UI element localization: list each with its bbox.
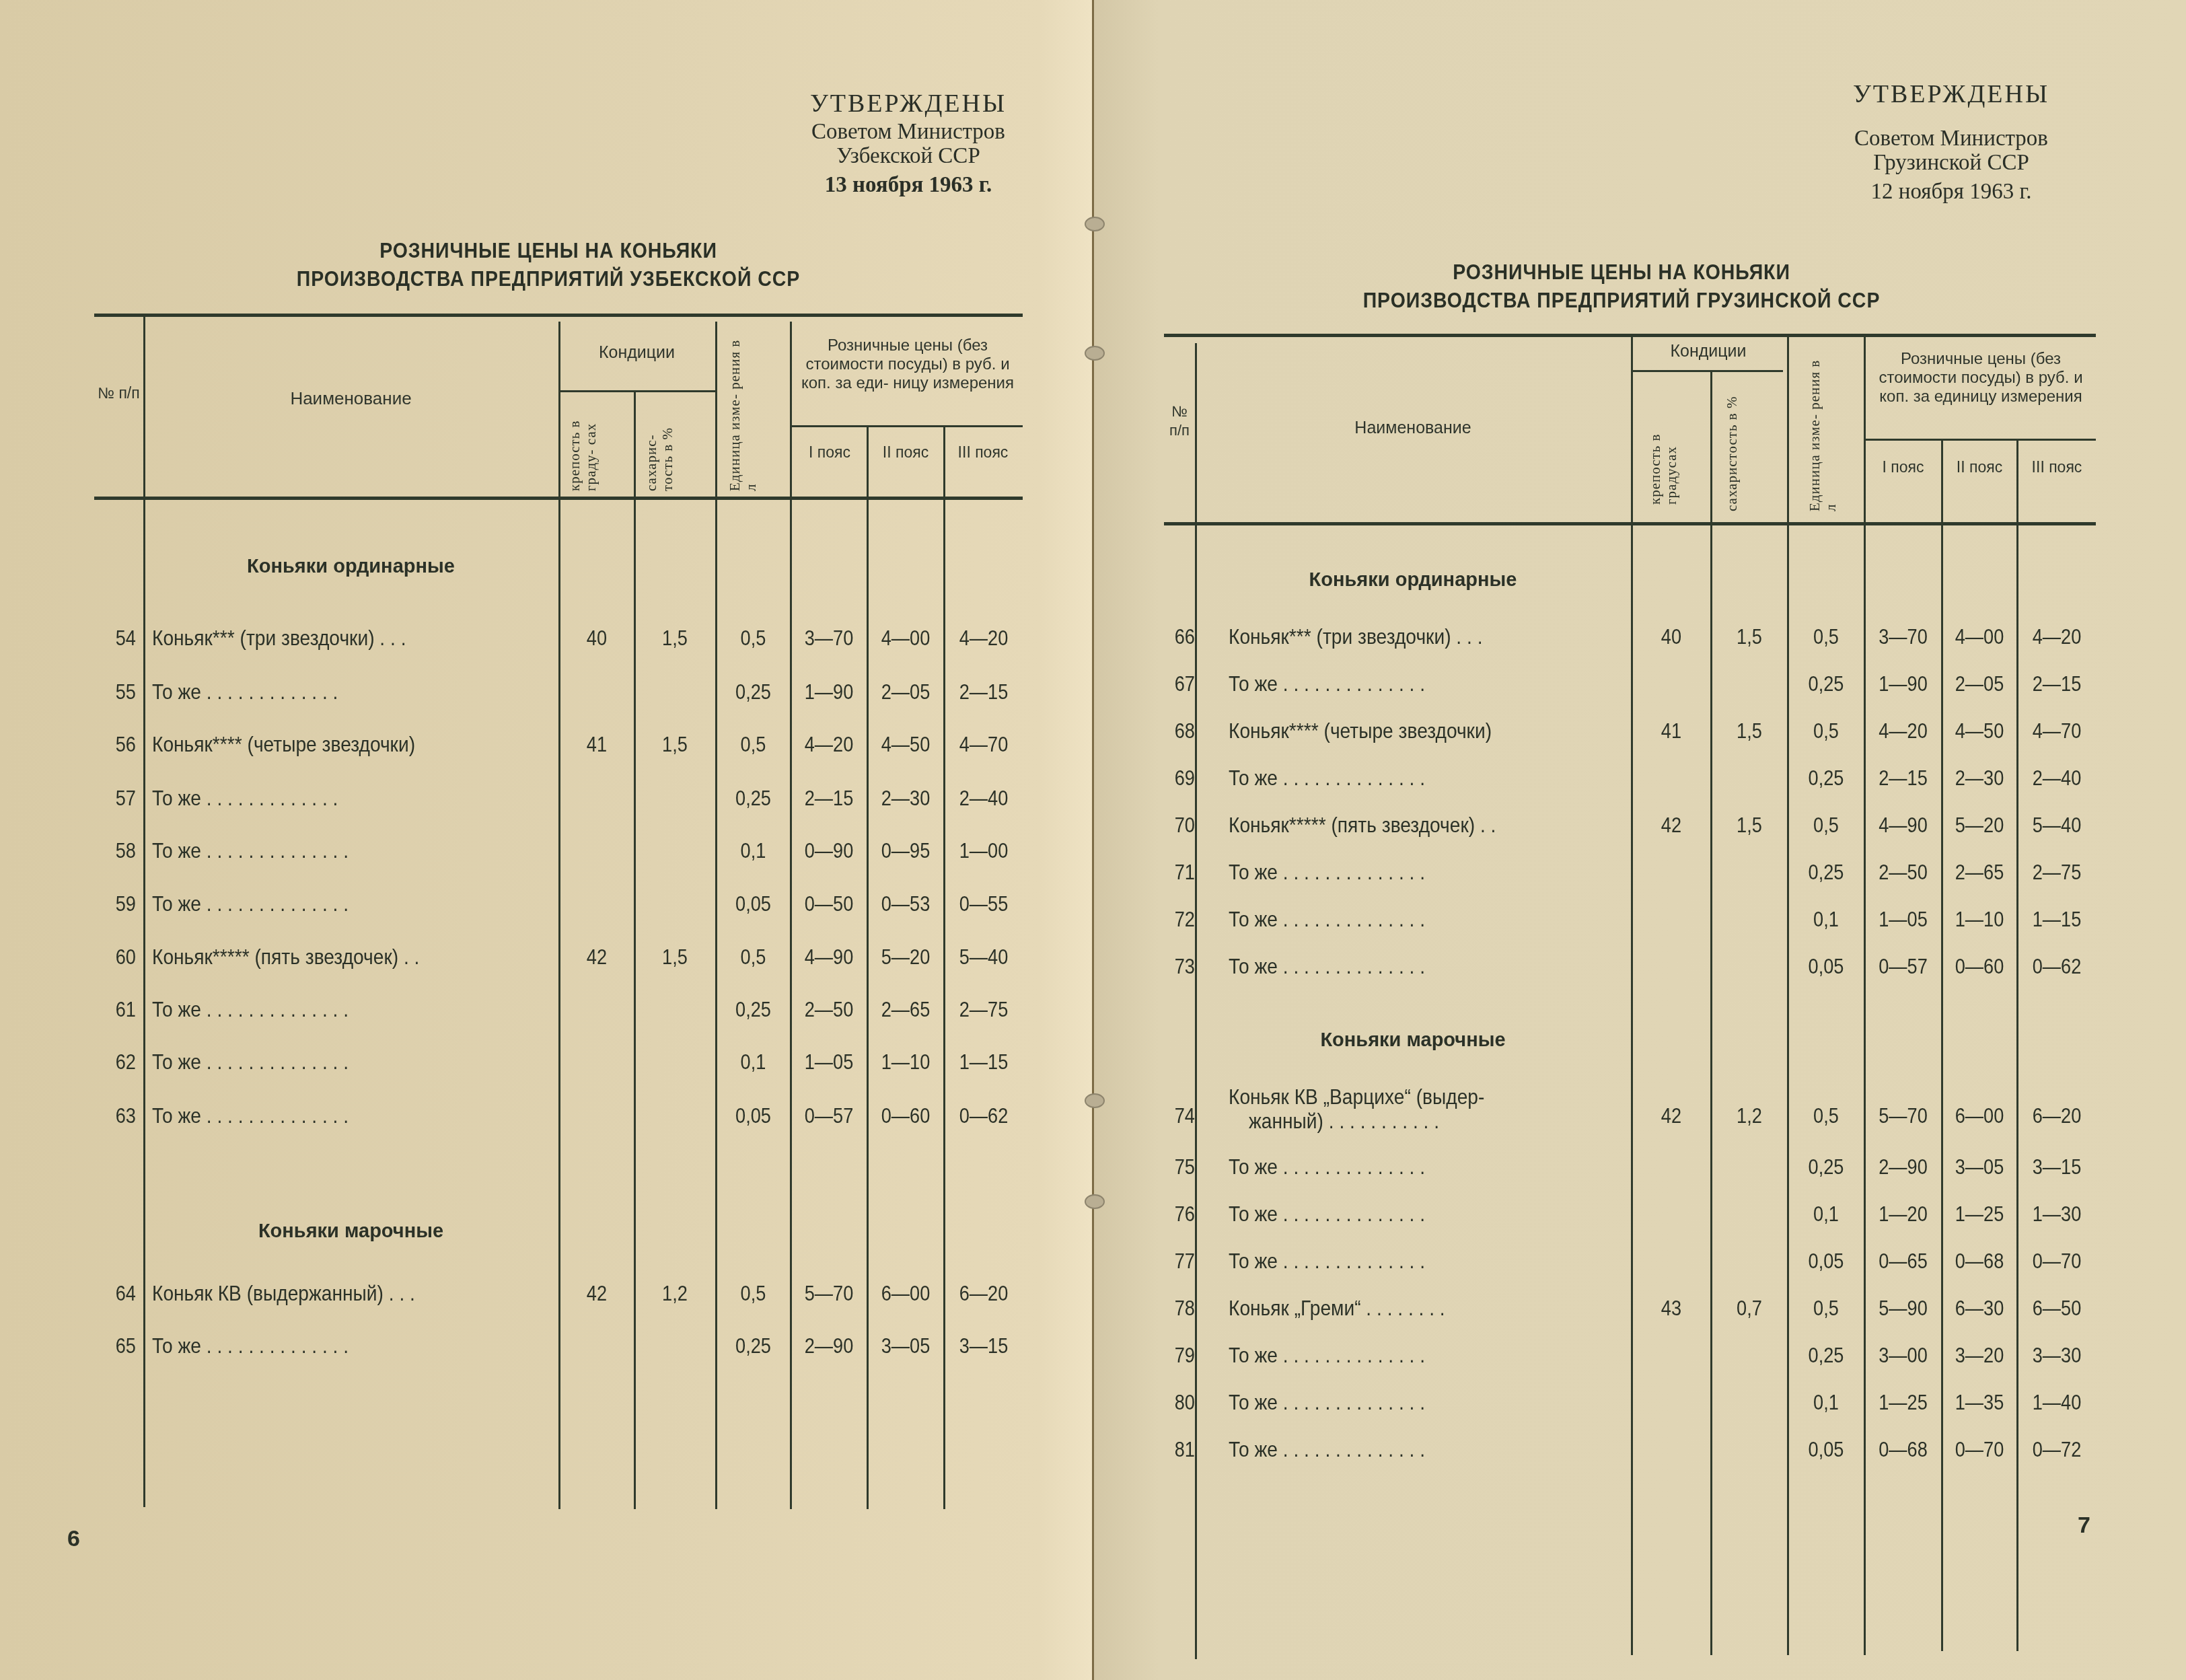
header-bottom-rule — [1164, 522, 2096, 525]
header-prices: Розничные цены (без стоимости посуды) в … — [1867, 350, 2094, 406]
column-divider — [1941, 440, 1943, 1651]
row-unit: 0,25 — [722, 786, 785, 810]
header-sugar: сахарис- тость в % — [643, 397, 676, 491]
row-price-zone-3: 4—70 — [951, 732, 1017, 756]
row-price-zone-2: 4—00 — [1948, 624, 2011, 649]
row-price-zone-2: 3—05 — [1948, 1155, 2011, 1179]
row-price-zone-1: 4—90 — [1870, 813, 1935, 837]
row-unit: 0,05 — [1794, 1437, 1858, 1461]
approval-authority: Советом Министров — [774, 120, 1043, 144]
page-number-left: 6 — [67, 1526, 80, 1552]
row-price-zone-3: 6—20 — [2024, 1103, 2090, 1128]
row-price-zone-2: 5—20 — [1948, 813, 2011, 837]
row-price-zone-3: 4—70 — [2024, 719, 2090, 743]
row-unit: 0,25 — [722, 997, 785, 1021]
title-line-2: ПРОИЗВОДСТВА ПРЕДПРИЯТИЙ ГРУЗИНСКОЙ ССР — [1293, 287, 1949, 315]
row-price-zone-2: 0—60 — [873, 1103, 937, 1128]
row-price-zone-1: 1—25 — [1870, 1390, 1935, 1414]
header-zone-3: III пояс — [2018, 458, 2096, 476]
row-price-zone-3: 1—00 — [951, 838, 1017, 863]
row-number: 59 — [95, 891, 136, 916]
row-name: То же . . . . . . . . . . . . . . — [1229, 1249, 1425, 1273]
row-price-zone-2: 1—25 — [1948, 1202, 2011, 1226]
row-price-zone-3: 3—30 — [2024, 1343, 2090, 1367]
row-price-zone-1: 2—50 — [1870, 860, 1935, 884]
approval-stamp-right: УТВЕРЖДЕНЫ Советом Министров Грузинской … — [1817, 78, 2086, 209]
row-price-zone-2: 0—53 — [873, 891, 937, 916]
row-sugar: 1,5 — [1717, 813, 1781, 837]
row-price-zone-2: 0—95 — [873, 838, 937, 863]
row-name: То же . . . . . . . . . . . . . . — [1229, 1390, 1425, 1414]
header-zone-1: I пояс — [793, 443, 867, 462]
row-unit: 0,05 — [722, 1103, 785, 1128]
column-divider — [790, 322, 792, 1509]
row-unit: 0,5 — [722, 626, 785, 650]
row-unit: 0,05 — [1794, 1249, 1858, 1273]
row-name: Коньяк*** (три звездочки) . . . — [152, 626, 406, 650]
row-price-zone-2: 0—68 — [1948, 1249, 2011, 1273]
row-unit: 0,1 — [1794, 907, 1858, 931]
book-spine — [1092, 0, 1094, 1680]
row-price-zone-3: 2—75 — [2024, 860, 2090, 884]
row-unit: 0,25 — [1794, 766, 1858, 790]
row-sugar: 1,2 — [1717, 1103, 1781, 1128]
row-number: 81 — [1163, 1437, 1195, 1461]
row-number: 64 — [95, 1281, 136, 1305]
row-name: Коньяк „Греми“ . . . . . . . . — [1229, 1296, 1445, 1320]
header-zone-2: II пояс — [1942, 458, 2016, 476]
column-divider — [143, 316, 145, 1507]
header-number: № п/п — [1164, 402, 1195, 440]
row-strength: 42 — [1638, 1103, 1705, 1128]
row-sugar: 1,5 — [1717, 624, 1781, 649]
row-unit: 0,5 — [1794, 1103, 1858, 1128]
row-name: То же . . . . . . . . . . . . . — [152, 680, 338, 704]
row-price-zone-3: 1—15 — [2024, 907, 2090, 931]
row-price-zone-3: 5—40 — [951, 945, 1017, 969]
row-name: То же . . . . . . . . . . . . . . — [1229, 1437, 1425, 1461]
column-divider — [1631, 336, 1633, 1655]
row-strength: 42 — [1638, 813, 1705, 837]
row-strength: 42 — [565, 945, 628, 969]
column-divider — [943, 427, 945, 1509]
row-unit: 0,5 — [1794, 624, 1858, 649]
title-line-1: РОЗНИЧНЫЕ ЦЕНЫ НА КОНЬЯКИ — [1293, 258, 1949, 287]
row-number: 65 — [95, 1334, 136, 1358]
row-name: То же . . . . . . . . . . . . . . — [1229, 954, 1425, 978]
column-divider — [558, 322, 560, 1509]
column-divider — [634, 392, 636, 1509]
table-top-rule — [1164, 334, 2096, 337]
row-number: 66 — [1163, 624, 1195, 649]
row-unit: 0,5 — [722, 945, 785, 969]
row-price-zone-1: 0—57 — [1870, 954, 1935, 978]
row-strength: 43 — [1638, 1296, 1705, 1320]
row-number: 63 — [95, 1103, 136, 1128]
row-strength: 41 — [1638, 719, 1705, 743]
row-unit: 0,5 — [1794, 1296, 1858, 1320]
section-ordinary: Коньяки ординарные — [143, 556, 558, 578]
row-price-zone-3: 6—20 — [951, 1281, 1017, 1305]
row-price-zone-3: 0—62 — [2024, 954, 2090, 978]
column-divider — [1864, 336, 1866, 1655]
row-unit: 0,05 — [1794, 954, 1858, 978]
row-name: Коньяк**** (четыре звездочки) — [1229, 719, 1492, 743]
row-number: 54 — [95, 626, 136, 650]
row-price-zone-3: 1—40 — [2024, 1390, 2090, 1414]
row-unit: 0,1 — [1794, 1390, 1858, 1414]
row-price-zone-1: 1—05 — [797, 1050, 861, 1074]
right-page — [1093, 0, 2186, 1680]
header-conditions: Кондиции — [558, 343, 715, 362]
row-price-zone-1: 3—70 — [797, 626, 861, 650]
row-number: 80 — [1163, 1390, 1195, 1414]
row-price-zone-1: 2—15 — [1870, 766, 1935, 790]
row-number: 55 — [95, 680, 136, 704]
row-price-zone-3: 6—50 — [2024, 1296, 2090, 1320]
page-number-right: 7 — [2078, 1512, 2090, 1539]
row-price-zone-1: 2—90 — [797, 1334, 861, 1358]
header-name: Наименование — [1195, 418, 1631, 437]
row-unit: 0,1 — [722, 1050, 785, 1074]
row-price-zone-2: 2—65 — [1948, 860, 2011, 884]
row-strength: 41 — [565, 732, 628, 756]
row-name: То же . . . . . . . . . . . . . . — [1229, 1155, 1425, 1179]
row-number: 77 — [1163, 1249, 1195, 1273]
row-sugar: 1,5 — [641, 945, 708, 969]
title-line-2: ПРОИЗВОДСТВА ПРЕДПРИЯТИЙ УЗБЕКСКОЙ ССР — [168, 265, 929, 293]
staple-icon — [1085, 346, 1105, 361]
row-number: 74 — [1163, 1103, 1195, 1128]
row-price-zone-3: 0—62 — [951, 1103, 1017, 1128]
row-number: 60 — [95, 945, 136, 969]
section-vintage: Коньяки марочные — [1195, 1029, 1631, 1052]
row-name: То же . . . . . . . . . . . . . . — [1229, 1202, 1425, 1226]
row-price-zone-2: 4—00 — [873, 626, 937, 650]
approval-title: УТВЕРЖДЕНЫ — [1817, 78, 2086, 110]
row-name: Коньяк***** (пять звездочек) . . — [152, 945, 419, 969]
row-price-zone-1: 4—90 — [797, 945, 861, 969]
row-price-zone-1: 4—20 — [797, 732, 861, 756]
header-name: Наименование — [143, 389, 558, 408]
row-name: То же . . . . . . . . . . . . . . — [1229, 860, 1425, 884]
row-price-zone-2: 6—00 — [1948, 1103, 2011, 1128]
row-price-zone-1: 2—90 — [1870, 1155, 1935, 1179]
header-conditions: Кондиции — [1631, 342, 1786, 361]
row-price-zone-1: 1—90 — [797, 680, 861, 704]
row-number: 71 — [1163, 860, 1195, 884]
header-strength: крепость в градусах — [1647, 384, 1679, 505]
row-unit: 0,25 — [1794, 1343, 1858, 1367]
row-price-zone-3: 4—20 — [2024, 624, 2090, 649]
row-price-zone-2: 2—30 — [1948, 766, 2011, 790]
row-name: Коньяк КВ (выдержанный) . . . — [152, 1281, 415, 1305]
approval-date: 12 ноября 1963 г. — [1817, 175, 2086, 209]
approval-republic: Грузинской ССР — [1817, 151, 2086, 175]
row-price-zone-2: 6—00 — [873, 1281, 937, 1305]
staple-icon — [1085, 217, 1105, 231]
table-top-rule — [94, 314, 1023, 317]
row-name: Коньяк**** (четыре звездочки) — [152, 732, 415, 756]
row-price-zone-1: 1—90 — [1870, 671, 1935, 696]
row-price-zone-2: 4—50 — [1948, 719, 2011, 743]
row-price-zone-2: 4—50 — [873, 732, 937, 756]
row-number: 68 — [1163, 719, 1195, 743]
row-price-zone-3: 4—20 — [951, 626, 1017, 650]
row-name: То же . . . . . . . . . . . . . . — [1229, 766, 1425, 790]
row-price-zone-1: 0—68 — [1870, 1437, 1935, 1461]
section-vintage: Коньяки марочные — [143, 1220, 558, 1243]
row-name: То же . . . . . . . . . . . . . . — [152, 1334, 349, 1358]
row-price-zone-2: 6—30 — [1948, 1296, 2011, 1320]
prices-subrule — [1864, 439, 2096, 441]
row-price-zone-1: 0—50 — [797, 891, 861, 916]
row-unit: 0,25 — [722, 1334, 785, 1358]
header-unit: Единица изме- рения в л — [727, 330, 759, 491]
prices-subrule — [791, 425, 1023, 427]
row-price-zone-1: 5—90 — [1870, 1296, 1935, 1320]
row-price-zone-2: 3—20 — [1948, 1343, 2011, 1367]
row-sugar: 1,5 — [641, 626, 708, 650]
row-number: 75 — [1163, 1155, 1195, 1179]
row-sugar: 1,5 — [1717, 719, 1781, 743]
row-price-zone-2: 2—30 — [873, 786, 937, 810]
row-number: 79 — [1163, 1343, 1195, 1367]
row-name: То же . . . . . . . . . . . . . . — [152, 1103, 349, 1128]
column-divider — [1195, 343, 1197, 1659]
row-number: 78 — [1163, 1296, 1195, 1320]
row-price-zone-3: 1—30 — [2024, 1202, 2090, 1226]
row-number: 58 — [95, 838, 136, 863]
row-unit: 0,25 — [1794, 860, 1858, 884]
row-unit: 0,25 — [1794, 1155, 1858, 1179]
row-unit: 0,1 — [1794, 1202, 1858, 1226]
row-price-zone-2: 2—05 — [873, 680, 937, 704]
column-divider — [1710, 371, 1712, 1655]
column-divider — [867, 427, 869, 1509]
row-price-zone-2: 0—70 — [1948, 1437, 2011, 1461]
row-price-zone-1: 4—20 — [1870, 719, 1935, 743]
staple-icon — [1085, 1194, 1105, 1209]
header-zone-1: I пояс — [1865, 458, 1941, 476]
column-divider — [1787, 336, 1789, 1655]
row-unit: 0,25 — [1794, 671, 1858, 696]
row-price-zone-1: 3—00 — [1870, 1343, 1935, 1367]
row-unit: 0,5 — [1794, 719, 1858, 743]
staple-icon — [1085, 1093, 1105, 1108]
conditions-subrule — [558, 390, 717, 392]
row-unit: 0,25 — [722, 680, 785, 704]
row-price-zone-3: 3—15 — [2024, 1155, 2090, 1179]
row-price-zone-3: 2—15 — [951, 680, 1017, 704]
row-price-zone-3: 3—15 — [951, 1334, 1017, 1358]
row-name: То же . . . . . . . . . . . . . . — [1229, 671, 1425, 696]
row-sugar: 1,2 — [641, 1281, 708, 1305]
row-price-zone-2: 2—05 — [1948, 671, 2011, 696]
row-price-zone-1: 0—65 — [1870, 1249, 1935, 1273]
row-price-zone-3: 2—15 — [2024, 671, 2090, 696]
row-price-zone-3: 2—75 — [951, 997, 1017, 1021]
row-price-zone-2: 3—05 — [873, 1334, 937, 1358]
row-name-continued: жанный) . . . . . . . . . . . — [1249, 1109, 1439, 1133]
row-name: Коньяк*** (три звездочки) . . . — [1229, 624, 1482, 649]
row-number: 62 — [95, 1050, 136, 1074]
row-name: То же . . . . . . . . . . . . . . — [152, 997, 349, 1021]
row-name: То же . . . . . . . . . . . . . . — [152, 891, 349, 916]
row-name: Коньяк***** (пять звездочек) . . — [1229, 813, 1496, 837]
row-price-zone-3: 2—40 — [2024, 766, 2090, 790]
row-price-zone-1: 3—70 — [1870, 624, 1935, 649]
row-name: То же . . . . . . . . . . . . . — [152, 786, 338, 810]
row-unit: 0,5 — [1794, 813, 1858, 837]
approval-title: УТВЕРЖДЕНЫ — [774, 87, 1043, 120]
section-ordinary: Коньяки ординарные — [1195, 569, 1631, 591]
row-price-zone-1: 2—15 — [797, 786, 861, 810]
column-divider — [715, 322, 717, 1509]
header-number: № п/п — [94, 384, 143, 402]
header-unit: Единица изме- рения в л — [1807, 350, 1839, 511]
column-divider — [2016, 440, 2018, 1651]
row-number: 67 — [1163, 671, 1195, 696]
row-price-zone-1: 5—70 — [797, 1281, 861, 1305]
row-number: 76 — [1163, 1202, 1195, 1226]
approval-republic: Узбекской ССР — [774, 144, 1043, 168]
row-number: 72 — [1163, 907, 1195, 931]
row-price-zone-1: 5—70 — [1870, 1103, 1935, 1128]
row-name: Коньяк КВ „Варцихе“ (выдер- — [1229, 1085, 1484, 1109]
row-price-zone-3: 0—55 — [951, 891, 1017, 916]
row-price-zone-3: 5—40 — [2024, 813, 2090, 837]
row-price-zone-1: 2—50 — [797, 997, 861, 1021]
row-unit: 0,1 — [722, 838, 785, 863]
row-name: То же . . . . . . . . . . . . . . — [152, 838, 349, 863]
row-unit: 0,05 — [722, 891, 785, 916]
row-number: 73 — [1163, 954, 1195, 978]
row-number: 57 — [95, 786, 136, 810]
row-sugar: 1,5 — [641, 732, 708, 756]
row-price-zone-2: 1—10 — [873, 1050, 937, 1074]
row-name: То же . . . . . . . . . . . . . . — [1229, 1343, 1425, 1367]
row-price-zone-2: 1—10 — [1948, 907, 2011, 931]
header-zone-3: III пояс — [945, 443, 1021, 462]
row-number: 56 — [95, 732, 136, 756]
conditions-subrule — [1632, 370, 1783, 372]
row-number: 70 — [1163, 813, 1195, 837]
row-strength: 40 — [1638, 624, 1705, 649]
row-price-zone-1: 1—20 — [1870, 1202, 1935, 1226]
row-price-zone-2: 2—65 — [873, 997, 937, 1021]
header-sugar: сахаристость в % — [1724, 384, 1740, 511]
row-price-zone-1: 0—90 — [797, 838, 861, 863]
header-prices: Розничные цены (без стоимости посуды) в … — [794, 336, 1021, 393]
approval-date: 13 ноября 1963 г. — [774, 168, 1043, 202]
row-unit: 0,5 — [722, 732, 785, 756]
row-price-zone-3: 0—72 — [2024, 1437, 2090, 1461]
row-number: 61 — [95, 997, 136, 1021]
title-line-1: РОЗНИЧНЫЕ ЦЕНЫ НА КОНЬЯКИ — [168, 237, 929, 265]
row-price-zone-2: 1—35 — [1948, 1390, 2011, 1414]
row-sugar: 0,7 — [1717, 1296, 1781, 1320]
approval-stamp-left: УТВЕРЖДЕНЫ Советом Министров Узбекской С… — [774, 87, 1043, 202]
approval-authority: Советом Министров — [1817, 126, 2086, 151]
row-price-zone-1: 1—05 — [1870, 907, 1935, 931]
row-price-zone-2: 0—60 — [1948, 954, 2011, 978]
header-zone-2: II пояс — [868, 443, 943, 462]
page-title-right: РОЗНИЧНЫЕ ЦЕНЫ НА КОНЬЯКИ ПРОИЗВОДСТВА П… — [1293, 258, 1949, 315]
row-price-zone-3: 1—15 — [951, 1050, 1017, 1074]
row-price-zone-3: 2—40 — [951, 786, 1017, 810]
row-strength: 40 — [565, 626, 628, 650]
row-name: То же . . . . . . . . . . . . . . — [152, 1050, 349, 1074]
row-price-zone-1: 0—57 — [797, 1103, 861, 1128]
row-name: То же . . . . . . . . . . . . . . — [1229, 907, 1425, 931]
page-title-left: РОЗНИЧНЫЕ ЦЕНЫ НА КОНЬЯКИ ПРОИЗВОДСТВА П… — [168, 237, 929, 293]
row-price-zone-3: 0—70 — [2024, 1249, 2090, 1273]
row-unit: 0,5 — [722, 1281, 785, 1305]
row-strength: 42 — [565, 1281, 628, 1305]
row-price-zone-2: 5—20 — [873, 945, 937, 969]
header-strength: крепость в граду- сах — [567, 397, 599, 491]
row-number: 69 — [1163, 766, 1195, 790]
